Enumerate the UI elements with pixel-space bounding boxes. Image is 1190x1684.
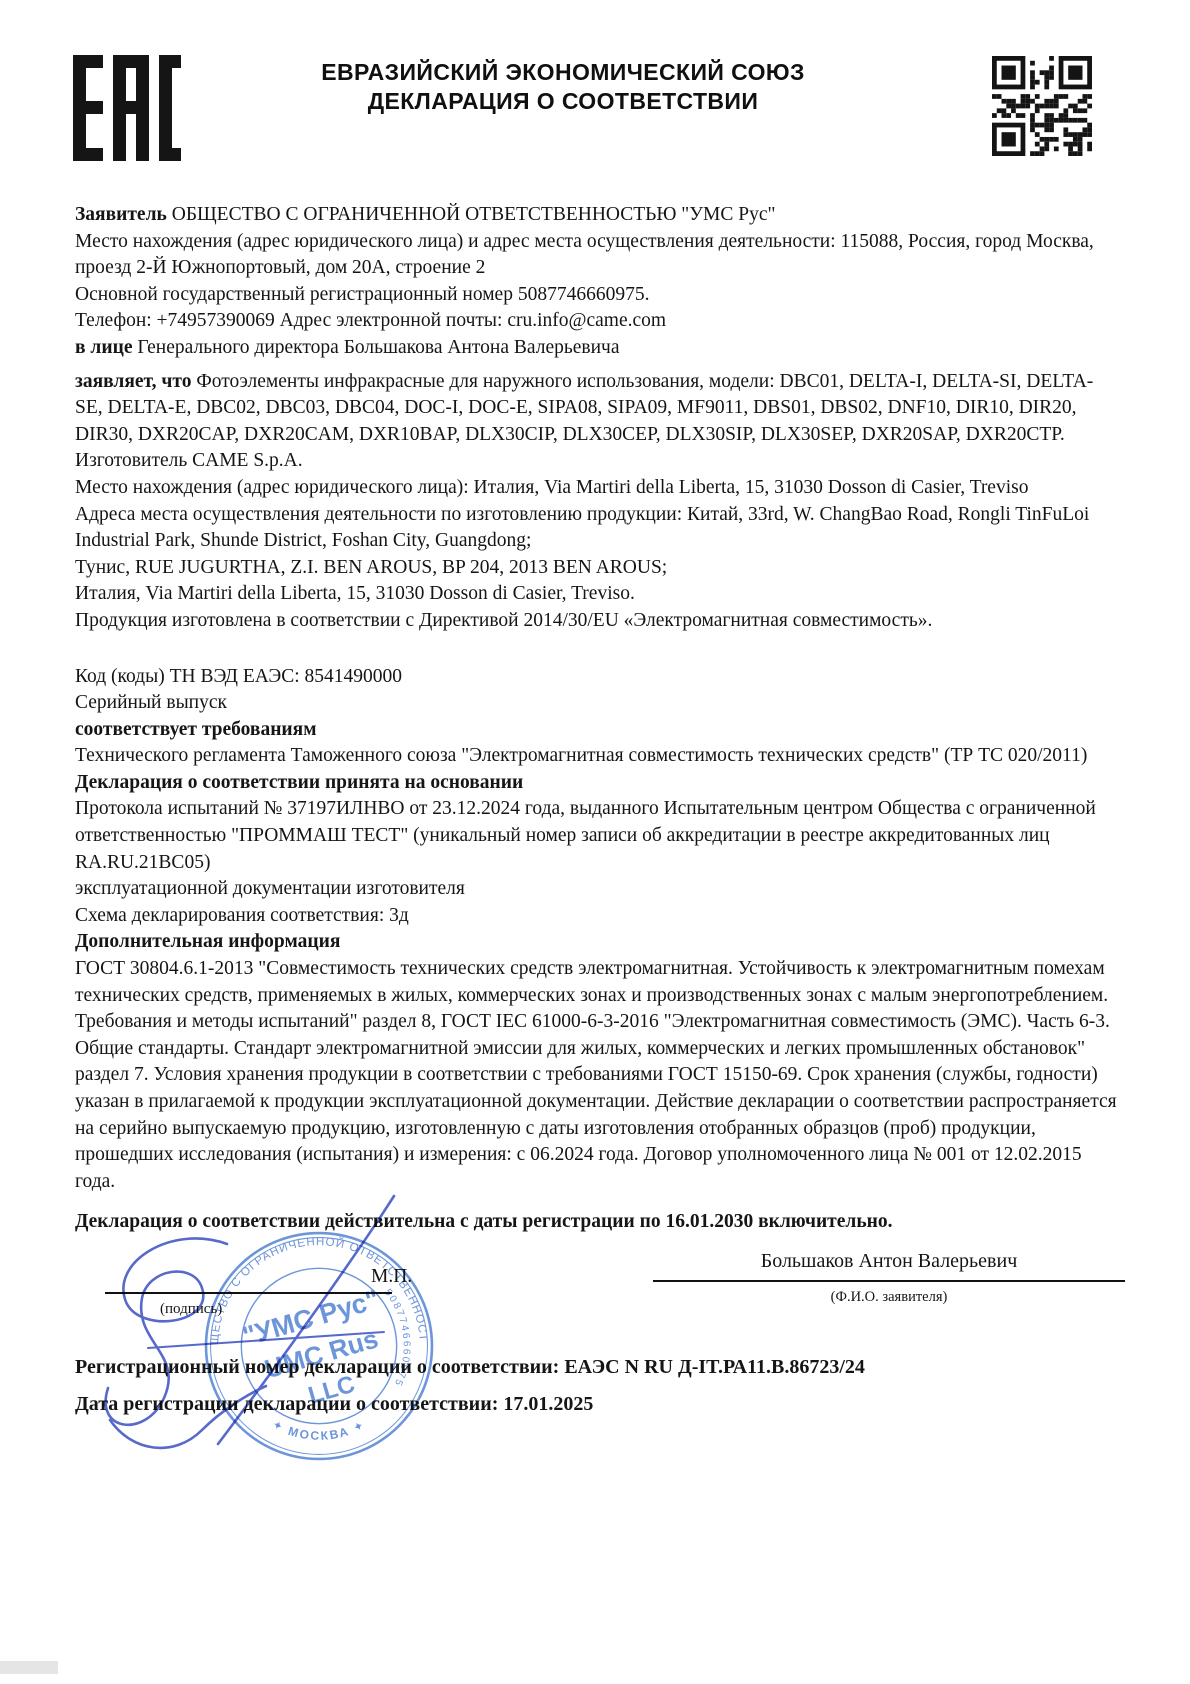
document-header: ЕВРАЗИЙСКИЙ ЭКОНОМИЧЕСКИЙ СОЮЗ ДЕКЛАРАЦИ… bbox=[0, 0, 1190, 172]
manufacturer-address: Место нахождения (адрес юридического лиц… bbox=[75, 475, 1120, 502]
stamp-place-label: М.П. bbox=[371, 1264, 412, 1291]
product-models: Фотоэлементы инфракрасные для наружного … bbox=[75, 371, 1093, 445]
basis-label-text: Декларация о соответствии принята на осн… bbox=[75, 772, 523, 793]
validity-line: Декларация о соответствии действительна … bbox=[75, 1209, 1120, 1236]
page-title: ЕВРАЗИЙСКИЙ ЭКОНОМИЧЕСКИЙ СОЮЗ ДЕКЛАРАЦИ… bbox=[0, 58, 1158, 116]
declares-label: заявляет, что bbox=[75, 371, 192, 392]
regulation-line: Технического регламента Таможенного союз… bbox=[75, 743, 1120, 770]
svg-text:✦ МОСКВА ✦: ✦ МОСКВА ✦ bbox=[270, 1417, 368, 1443]
manufacturer-line: Изготовитель CAME S.p.A. bbox=[75, 448, 1120, 475]
production-site-italy: Италия, Via Martiri della Liberta, 15, 3… bbox=[75, 581, 1120, 608]
applicant-line: Заявитель ОБЩЕСТВО С ОГРАНИЧЕННОЙ ОТВЕТС… bbox=[75, 202, 1120, 229]
signature-caption: (подпись) bbox=[160, 1296, 222, 1323]
validity-text: Декларация о соответствии действительна … bbox=[75, 1211, 893, 1232]
applicant-ogrn: Основной государственный регистрационный… bbox=[75, 282, 1120, 309]
declaration-document: ЕВРАЗИЙСКИЙ ЭКОНОМИЧЕСКИЙ СОЮЗ ДЕКЛАРАЦИ… bbox=[0, 0, 1190, 1684]
additional-text: ГОСТ 30804.6.1-2013 "Совместимость техни… bbox=[75, 956, 1120, 1195]
tnved-code: Код (коды) ТН ВЭД ЕАЭС: 8541490000 bbox=[75, 664, 1120, 691]
stamp-bottom-text: ✦ МОСКВА ✦ bbox=[270, 1417, 368, 1443]
declarant-caption: (Ф.И.О. заявителя) bbox=[653, 1284, 1125, 1311]
signature-block: М.П. (подпись) Большаков Антон Валерьеви… bbox=[75, 1248, 1120, 1334]
basis-docs: эксплуатационной документации изготовите… bbox=[75, 876, 1120, 903]
production-site-tunisia: Тунис, RUE JUGURTHA, Z.I. BEN AROUS, BP … bbox=[75, 555, 1120, 582]
directive-line: Продукция изготовлена в соответствии с Д… bbox=[75, 608, 1120, 635]
applicant-address: Место нахождения (адрес юридического лиц… bbox=[75, 229, 1120, 282]
applicant-contacts: Телефон: +74957390069 Адрес электронной … bbox=[75, 308, 1120, 335]
product-line: заявляет, что Фотоэлементы инфракрасные … bbox=[75, 369, 1120, 449]
person-name: Генерального директора Большакова Антона… bbox=[132, 337, 619, 358]
basis-label: Декларация о соответствии принята на осн… bbox=[75, 770, 1120, 797]
scheme-line: Схема декларирования соответствия: 3д bbox=[75, 903, 1120, 930]
additional-label-text: Дополнительная информация bbox=[75, 931, 340, 952]
basis-protocol: Протокола испытаний № 37197ИЛНВО от 23.1… bbox=[75, 796, 1120, 876]
signature-line bbox=[105, 1292, 392, 1294]
registration-date: Дата регистрации декларации о соответств… bbox=[75, 1393, 1190, 1416]
complies-label-text: соответствует требованиям bbox=[75, 719, 317, 740]
production-sites: Адреса места осуществления деятельности … bbox=[75, 502, 1120, 555]
additional-label: Дополнительная информация bbox=[75, 929, 1120, 956]
title-union: ЕВРАЗИЙСКИЙ ЭКОНОМИЧЕСКИЙ СОЮЗ bbox=[0, 58, 1158, 87]
scan-edge-shadow bbox=[0, 1661, 58, 1674]
person-label: в лице bbox=[75, 337, 132, 358]
declarant-name: Большаков Антон Валерьевич bbox=[653, 1248, 1125, 1275]
qr-code bbox=[992, 56, 1092, 156]
applicant-name: ОБЩЕСТВО С ОГРАНИЧЕННОЙ ОТВЕТСТВЕННОСТЬЮ… bbox=[167, 204, 776, 225]
serial-issue: Серийный выпуск bbox=[75, 690, 1120, 717]
declarant-block: Большаков Антон Валерьевич (Ф.И.О. заяви… bbox=[653, 1248, 1125, 1310]
title-declaration: ДЕКЛАРАЦИЯ О СООТВЕТСТВИИ bbox=[0, 87, 1158, 116]
registration-number: Регистрационный номер декларации о соотв… bbox=[75, 1356, 1190, 1379]
applicant-label: Заявитель bbox=[75, 204, 167, 225]
complies-label: соответствует требованиям bbox=[75, 717, 1120, 744]
applicant-person: в лице Генерального директора Большакова… bbox=[75, 335, 1120, 362]
declarant-name-line bbox=[653, 1280, 1125, 1282]
document-body: Заявитель ОБЩЕСТВО С ОГРАНИЧЕННОЙ ОТВЕТС… bbox=[0, 172, 1190, 1334]
